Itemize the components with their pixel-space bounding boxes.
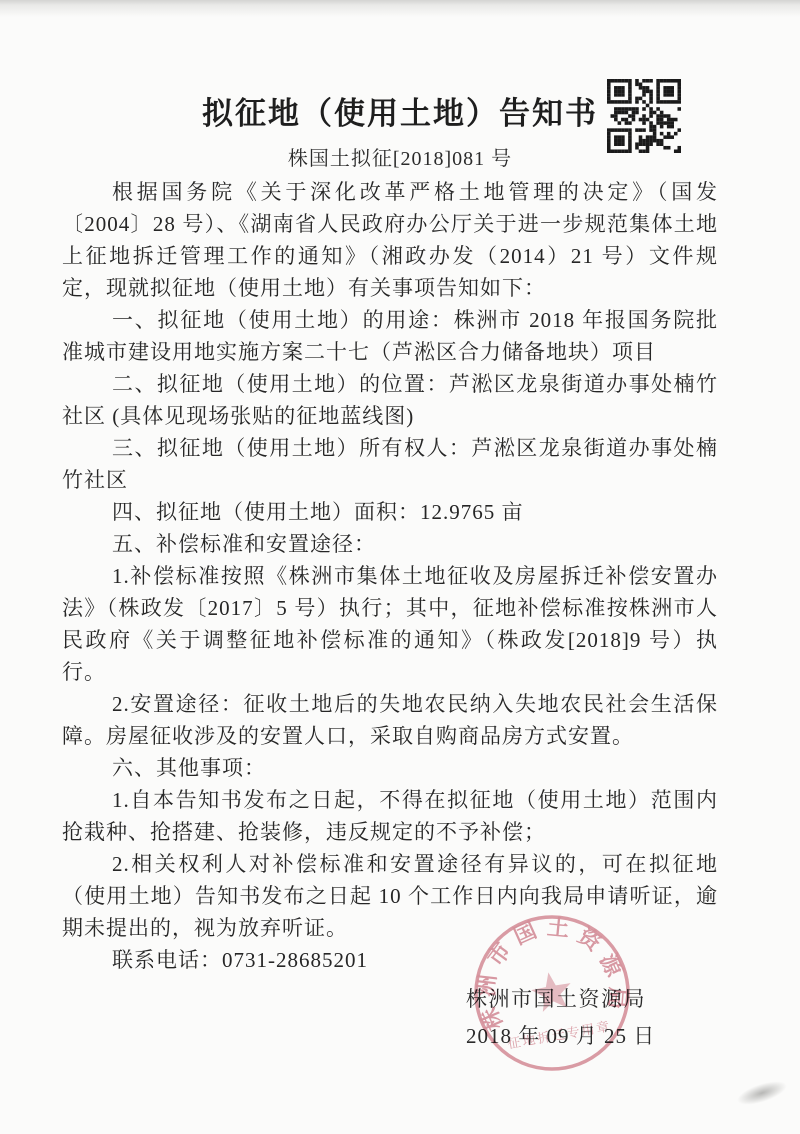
paragraph-6: 五、补偿标准和安置途径： <box>62 528 718 560</box>
paragraph-3: 二、拟征地（使用土地）的位置：芦淞区龙泉街道办事处楠竹社区 (具体见现场张贴的征… <box>62 368 718 432</box>
signature-block: 株洲市国土资源局 2018 年 09 月 25 日 <box>466 985 655 1050</box>
paragraph-8: 2.安置途径：征收土地后的失地农民纳入失地农民社会生活保障。房屋征收涉及的安置人… <box>62 688 718 752</box>
paragraph-1: 根据国务院《关于深化改革严格土地管理的决定》（国发〔2004〕28 号）、《湖南… <box>62 176 718 304</box>
paragraph-4: 三、拟征地（使用土地）所有权人：芦淞区龙泉街道办事处楠竹社区 <box>62 432 718 496</box>
scan-artifact <box>734 1076 789 1109</box>
paragraph-5: 四、拟征地（使用土地）面积：12.9765 亩 <box>62 496 718 528</box>
notice-body: 根据国务院《关于深化改革严格土地管理的决定》（国发〔2004〕28 号）、《湖南… <box>62 176 718 976</box>
paragraph-2: 一、拟征地（使用土地）的用途：株洲市 2018 年报国务院批准城市建设用地实施方… <box>62 304 718 368</box>
paragraph-9: 六、其他事项： <box>62 752 718 784</box>
issue-date: 2018 年 09 月 25 日 <box>466 1022 655 1050</box>
scanned-notice-page: 拟征地（使用土地）告知书 株国土拟征[2018]081 号 根据国务院《关于深化… <box>0 0 800 1134</box>
paragraph-11: 2.相关权利人对补偿标准和安置途径有异议的，可在拟征地（使用土地）告知书发布之日… <box>62 848 718 944</box>
issuing-agency: 株洲市国土资源局 <box>466 985 655 1013</box>
paragraph-10: 1.自本告知书发布之日起，不得在拟征地（使用土地）范围内抢栽种、抢搭建、抢装修，… <box>62 784 718 848</box>
paragraph-12: 联系电话：0731-28685201 <box>62 944 718 976</box>
qr-code-icon <box>607 79 681 153</box>
paragraph-7: 1.补偿标准按照《株洲市集体土地征收及房屋拆迁补偿安置办法》（株政发〔2017〕… <box>62 560 718 688</box>
